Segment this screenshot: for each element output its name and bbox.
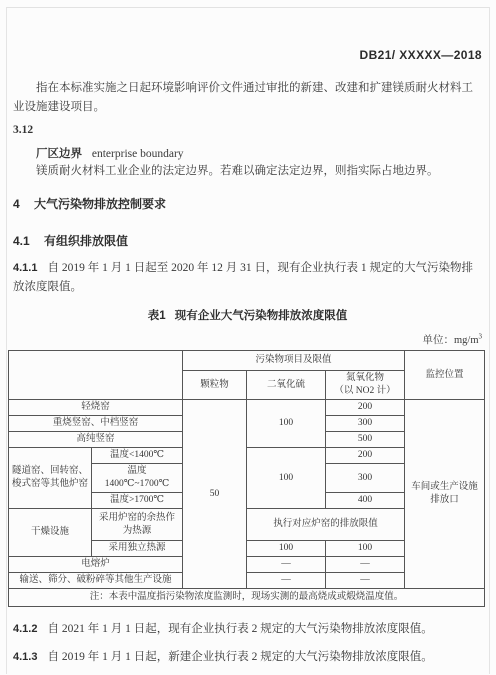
facility-other-production: 输送、筛分、破粉碎等其他生产设施 (9, 573, 183, 589)
monitor-value-line2: 排放口 (408, 494, 481, 507)
nox-header: 氮氧化物 （以 NO2 计） (326, 371, 405, 400)
so2-limit-independent-heat: 100 (247, 541, 326, 557)
table1-title-number: 表1 (148, 310, 166, 322)
so2-limit-vertical-kilns: 100 (247, 400, 326, 448)
clause-number-3-12: 3.12 (13, 124, 482, 136)
clause-4-1-2-text: 自 2021 年 1 月 1 日起，现有企业执行表 2 规定的大气污染物排放浓度… (47, 623, 432, 635)
document-page: DB21/ XXXXX—2018 指在本标准实施之日起环境影响评价文件通过审批的… (0, 0, 496, 675)
term-line: 厂区边界 enterprise boundary (13, 145, 482, 161)
standard-code: DB21/ XXXXX—2018 (13, 48, 482, 62)
nox-limit-independent-heat: 100 (326, 541, 405, 557)
pm-header: 颗粒物 (183, 371, 247, 400)
nox-limit-reburn-kiln: 300 (326, 416, 405, 432)
nox-header-line2: （以 NO2 计） (329, 385, 401, 398)
facility-electric-furnace: 电熔炉 (9, 557, 183, 573)
table-row: 轻烧窑 50 100 200 车间或生产设施 排放口 (9, 400, 485, 416)
nox-limit-high-purity-kiln: 500 (326, 432, 405, 448)
nox-header-line1: 氮氧化物 (329, 372, 401, 385)
table1-title-text: 现有企业大气污染物排放浓度限值 (175, 310, 348, 322)
section-4-1-title: 有组织排放限值 (44, 234, 128, 248)
emission-limits-table: 污染物项目及限值 监控位置 颗粒物 二氧化硫 氮氧化物 （以 NO2 计） 轻烧… (8, 350, 485, 607)
nox-limit-light-kiln: 200 (326, 400, 405, 416)
table1-title: 表1现有企业大气污染物排放浓度限值 (13, 307, 482, 323)
term-english: enterprise boundary (92, 148, 184, 160)
pm-limit-all: 50 (183, 400, 247, 589)
term-definition: 镁质耐火材料工业企业的法定边界。若难以确定法定边界，则指实际占地边界。 (13, 163, 482, 180)
condition-waste-heat: 采用炉窑的余热作为热源 (92, 509, 183, 541)
table1-unit: 单位：mg/m3 (13, 332, 482, 347)
unit-prefix: 单位：mg/m (422, 335, 478, 346)
monitor-value-line1: 车间或生产设施 (408, 481, 481, 494)
clause-4-1-2: 4.1.2自 2021 年 1 月 1 日起，现有企业执行表 2 规定的大气污染… (13, 620, 482, 639)
so2-header: 二氧化硫 (247, 371, 326, 400)
so2-limit-other-production: — (247, 573, 326, 589)
clause-4-1-3-number: 4.1.3 (13, 651, 37, 663)
condition-temp-1400-1700: 温度 1400℃~1700℃ (92, 464, 183, 493)
table-note: 注：本表中温度指污染物浓度监测时，现场实测的最高烧成或煅烧温度值。 (9, 589, 485, 607)
nox-limit-temp-gt-1700: 400 (326, 493, 405, 509)
section-heading-4: 4 大气污染物排放控制要求 (13, 195, 482, 212)
merged-limit-waste-heat: 执行对应炉窑的排放限值 (247, 509, 405, 541)
section-heading-4-1: 4.1 有组织排放限值 (13, 232, 482, 249)
clause-4-1-3-text: 自 2019 年 1 月 1 日起，新建企业执行表 2 规定的大气污染物排放浓度… (47, 651, 432, 663)
facility-reburn-kiln: 重烧竖窑、中档竖窑 (9, 416, 183, 432)
so2-limit-other-kilns: 100 (247, 448, 326, 509)
clause-4-1-1-text: 自 2019 年 1 月 1 日起至 2020 年 12 月 31 日，现有企业… (13, 262, 473, 293)
clause-4-1-1: 4.1.1自 2019 年 1 月 1 日起至 2020 年 12 月 31 日… (13, 259, 482, 296)
term-chinese: 厂区边界 (36, 148, 82, 160)
condition-temp-gt-1700: 温度>1700℃ (92, 493, 183, 509)
facility-high-purity-kiln: 高纯竖窑 (9, 432, 183, 448)
pollutant-group-header: 污染物项目及限值 (183, 351, 405, 371)
facility-light-kiln: 轻烧窑 (9, 400, 183, 416)
corner-empty-cell (9, 351, 183, 400)
nox-limit-electric-furnace: — (326, 557, 405, 573)
clause-4-1-1-number: 4.1.1 (13, 262, 37, 274)
table-note-row: 注：本表中温度指污染物浓度监测时，现场实测的最高烧成或煅烧温度值。 (9, 589, 485, 607)
monitor-position-header: 监控位置 (405, 351, 485, 400)
section-4-1-number: 4.1 (13, 234, 30, 248)
section-4-number: 4 (13, 197, 20, 211)
definition-intro-paragraph: 指在本标准实施之日起环境影响评价文件通过审批的新建、改建和扩建镁质耐火材料工业设… (13, 79, 482, 117)
table-header-row-1: 污染物项目及限值 监控位置 (9, 351, 485, 371)
nox-limit-other-production: — (326, 573, 405, 589)
so2-limit-electric-furnace: — (247, 557, 326, 573)
facility-other-kilns: 隧道窑、回转窑、梭式窑等其他炉窑 (9, 448, 92, 509)
clause-4-1-3: 4.1.3自 2019 年 1 月 1 日起，新建企业执行表 2 规定的大气污染… (13, 648, 482, 667)
monitor-position-value: 车间或生产设施 排放口 (405, 400, 485, 589)
clause-4-1-2-number: 4.1.2 (13, 623, 37, 635)
unit-superscript: 3 (479, 333, 483, 341)
section-4-title: 大气污染物排放控制要求 (34, 197, 166, 211)
page-content: DB21/ XXXXX—2018 指在本标准实施之日起环境影响评价文件通过审批的… (13, 0, 482, 666)
facility-drying: 干燥设施 (9, 509, 92, 557)
condition-independent-heat: 采用独立热源 (92, 541, 183, 557)
condition-temp-lt-1400: 温度<1400℃ (92, 448, 183, 464)
nox-limit-temp-1400-1700: 300 (326, 464, 405, 493)
nox-limit-temp-lt-1400: 200 (326, 448, 405, 464)
